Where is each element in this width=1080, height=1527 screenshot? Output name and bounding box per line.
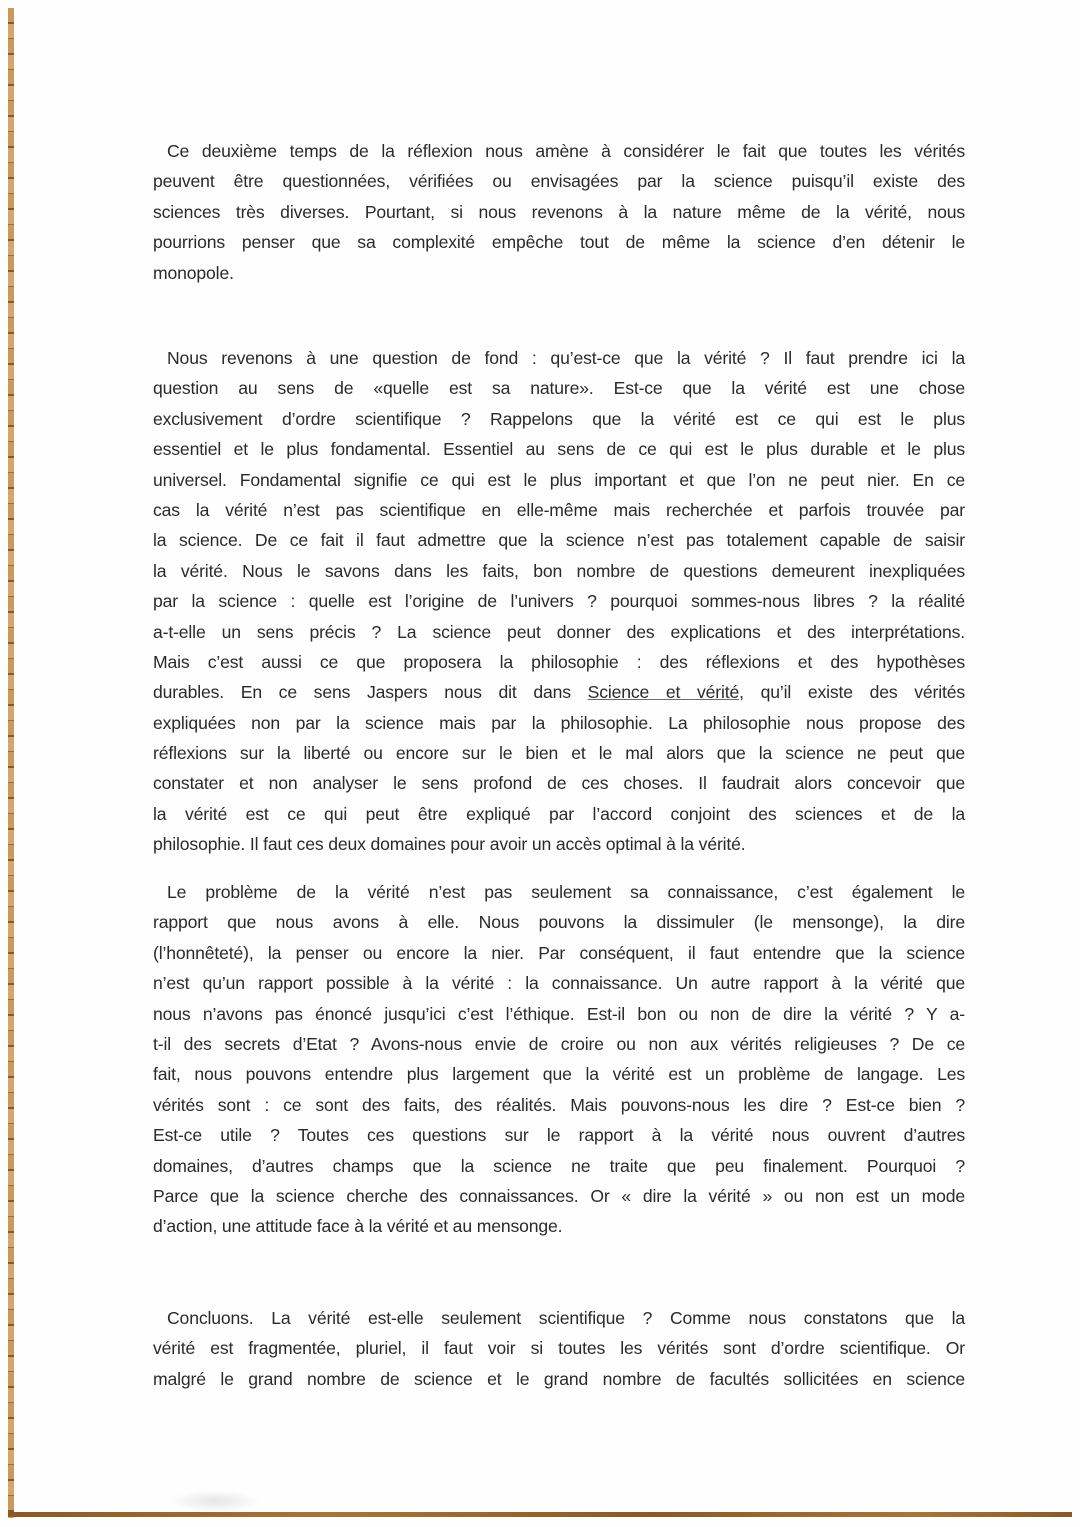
text-line: domaines, d’autres champs que la science… (153, 1151, 965, 1181)
text-line: la vérité est ce qui peut être expliqué … (153, 799, 965, 829)
text-line: t-il des secrets d’Etat ? Avons-nous env… (153, 1029, 965, 1059)
text-line: monopole. (153, 258, 965, 288)
text-line: pourrions penser que sa complexité empêc… (153, 227, 965, 257)
text-line: d’action, une attitude face à la vérité … (153, 1211, 965, 1241)
text-line: par la science : quelle est l’origine de… (153, 586, 965, 616)
text-line: vérités sont : ce sont des faits, des ré… (153, 1090, 965, 1120)
paragraph-nature-of-truth: Nous revenons à une question de fond : q… (153, 343, 965, 860)
text-line: expliquées non par la science mais par l… (153, 708, 965, 738)
text-line: Mais c’est aussi ce que proposera la phi… (153, 647, 965, 677)
paragraph-relation-to-truth: Le problème de la vérité n’est pas seule… (153, 877, 965, 1242)
text-line: Parce que la science cherche des connais… (153, 1181, 965, 1211)
text-segment: , qu’il existe des vérités (739, 682, 965, 702)
text-segment: durables. En ce sens Jaspers nous dit da… (153, 682, 588, 702)
text-line: Nous revenons à une question de fond : q… (153, 343, 965, 373)
text-line: vérité est fragmentée, pluriel, il faut … (153, 1333, 965, 1363)
paragraph-intro-transition: Ce deuxième temps de la réflexion nous a… (153, 136, 965, 288)
text-line: nous n’avons pas énoncé jusqu’ici c’est … (153, 999, 965, 1029)
text-line: sciences très diverses. Pourtant, si nou… (153, 197, 965, 227)
text-line: Ce deuxième temps de la réflexion nous a… (153, 136, 965, 166)
text-line: fait, nous pouvons entendre plus largeme… (153, 1059, 965, 1089)
text-line: cas la vérité n’est pas scientifique en … (153, 495, 965, 525)
book-title-citation: Science et vérité (588, 682, 739, 702)
scanned-page: Ce deuxième temps de la réflexion nous a… (0, 0, 1080, 1527)
text-line: essentiel et le plus fondamental. Essent… (153, 434, 965, 464)
page-bottom-edge (8, 1512, 1072, 1517)
page-left-edge (8, 8, 14, 1518)
text-line: philosophie. Il faut ces deux domaines p… (153, 829, 965, 859)
text-line: peuvent être questionnées, vérifiées ou … (153, 166, 965, 196)
text-line: la vérité. Nous le savons dans les faits… (153, 556, 965, 586)
text-line: universel. Fondamental signifie ce qui e… (153, 465, 965, 495)
text-line: Le problème de la vérité n’est pas seule… (153, 877, 965, 907)
text-line: rapport que nous avons à elle. Nous pouv… (153, 907, 965, 937)
scan-smudge (170, 1490, 260, 1512)
paragraph-conclusion: Concluons. La vérité est-elle seulement … (153, 1303, 965, 1394)
text-line: (l’honnêteté), la penser ou encore la ni… (153, 938, 965, 968)
text-line: Concluons. La vérité est-elle seulement … (153, 1303, 965, 1333)
text-line: la science. De ce fait il faut admettre … (153, 525, 965, 555)
text-line: exclusivement d’ordre scientifique ? Rap… (153, 404, 965, 434)
text-line: malgré le grand nombre de science et le … (153, 1364, 965, 1394)
text-line: n’est qu’un rapport possible à la vérité… (153, 968, 965, 998)
text-line: Est-ce utile ? Toutes ces questions sur … (153, 1120, 965, 1150)
text-line: a-t-elle un sens précis ? La science peu… (153, 617, 965, 647)
text-line: réflexions sur la liberté ou encore sur … (153, 738, 965, 768)
text-line-with-citation: durables. En ce sens Jaspers nous dit da… (153, 677, 965, 707)
text-line: question au sens de «quelle est sa natur… (153, 373, 965, 403)
text-line: constater et non analyser le sens profon… (153, 768, 965, 798)
